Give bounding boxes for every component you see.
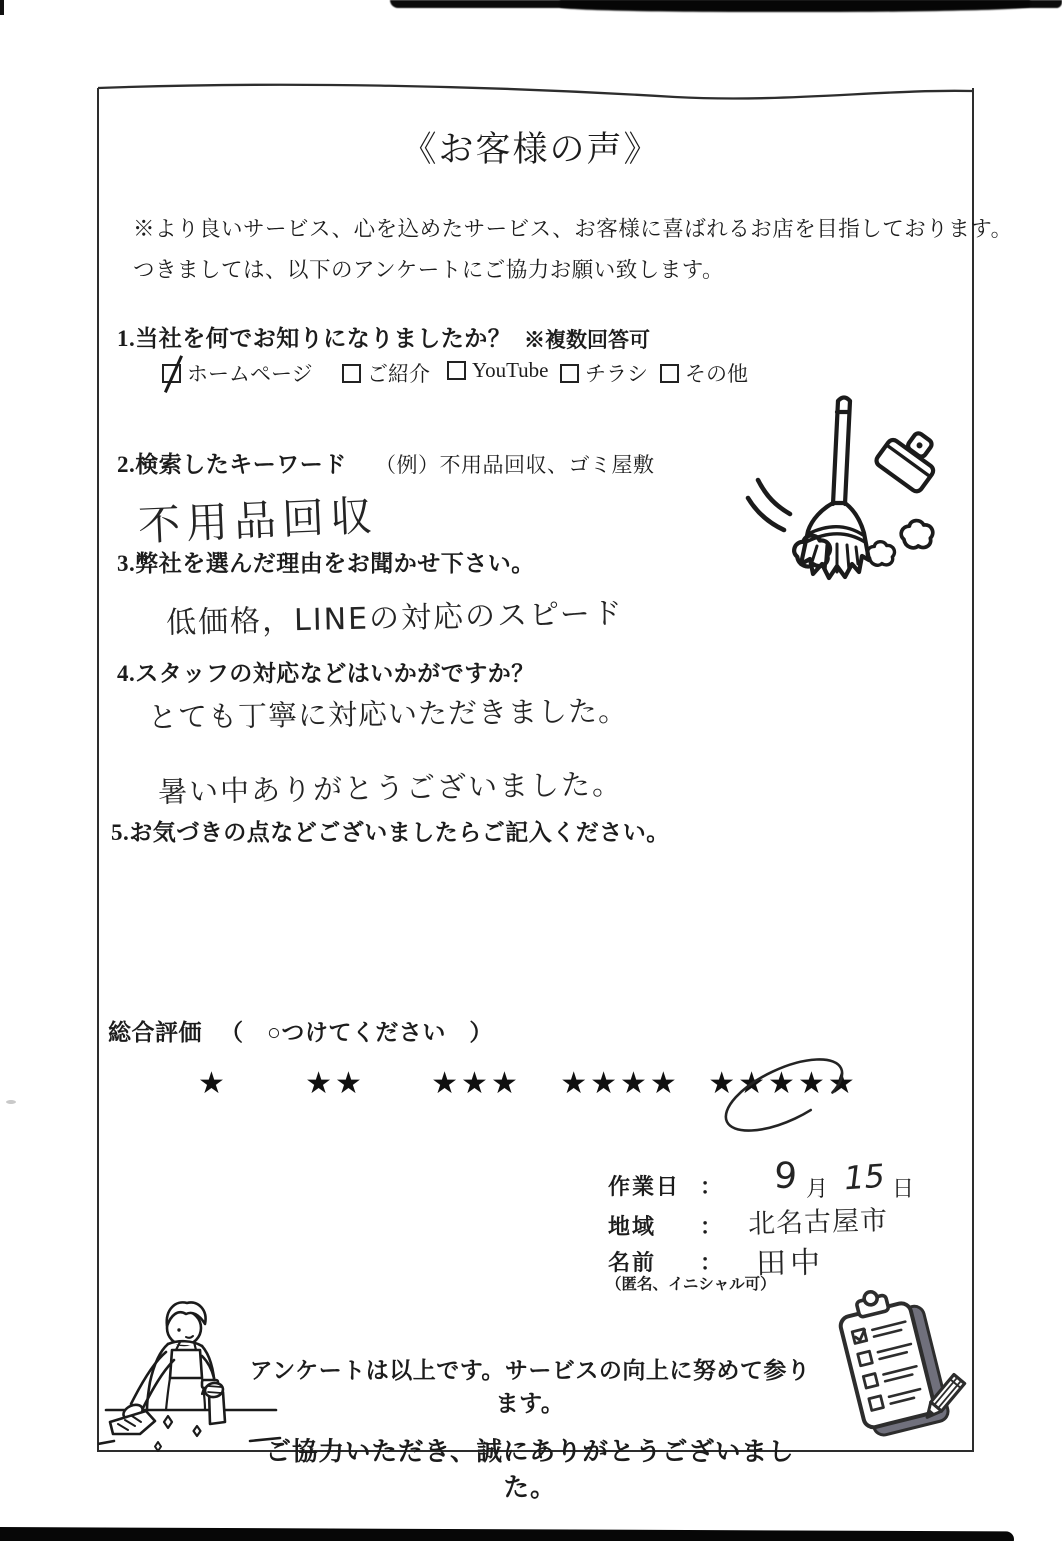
page-title: 《お客様の声》 bbox=[0, 122, 1062, 172]
handwritten-answer-q4-line-2: 暑い中ありがとうございました。 bbox=[158, 762, 624, 811]
question-1-heading: 1.当社を何でお知りになりましたか？ bbox=[117, 320, 511, 353]
survey-option-homepage: ホームページ bbox=[162, 358, 313, 388]
broom-and-dustpan-icon bbox=[740, 388, 980, 586]
scanned-survey-page: 《お客様の声》 ※より良いサービス、心を込めたサービス、お客様に喜ばれるお店を目… bbox=[0, 0, 1062, 1541]
handwritten-answer-q4-line-1: とても丁寧に対応いただきました。 bbox=[148, 689, 629, 737]
region-colon: ： bbox=[700, 1210, 724, 1241]
intro-line-2: つきましては、以下のアンケートにご協力お願い致します。 bbox=[133, 253, 724, 284]
option-label: ホームページ bbox=[187, 358, 313, 388]
handwritten-check-mark bbox=[164, 355, 183, 393]
question-2-heading: 2.検索したキーワード （例）不用品回収、ゴミ屋敷 bbox=[117, 446, 655, 479]
rating-option-4-stars: ★★★★ bbox=[560, 1066, 680, 1101]
footer-line-1: アンケートは以上です。サービスの向上に努めて参ります。 bbox=[240, 1352, 820, 1418]
rating-instruction: （ ○つけてください ） bbox=[220, 1020, 493, 1045]
question-4-heading: 4.スタッフの対応などはいかがですか？ bbox=[117, 655, 535, 688]
scan-band-bottom bbox=[0, 1527, 1014, 1541]
checkbox-homepage-checked-icon bbox=[162, 364, 181, 383]
handwritten-month-value: 9 bbox=[773, 1155, 799, 1197]
question-1-multi-answer-note: ※複数回答可 bbox=[524, 324, 650, 354]
overall-rating-row: 総合評価 （ ○つけてください ） bbox=[108, 1014, 493, 1047]
clipboard-checklist-icon bbox=[828, 1290, 993, 1455]
anonymous-note: （匿名、イニシャル可） bbox=[606, 1272, 776, 1294]
question-3-heading: 3.弊社を選んだ理由をお聞かせ下さい。 bbox=[117, 545, 535, 578]
month-unit: 月 bbox=[806, 1172, 830, 1203]
option-label: チラシ bbox=[585, 358, 648, 388]
work-date-colon: ： bbox=[700, 1170, 724, 1201]
handwritten-day-value: 15 bbox=[843, 1157, 886, 1198]
checkbox-youtube-icon bbox=[447, 361, 466, 380]
handwritten-selection-circle bbox=[700, 1038, 880, 1154]
day-unit: 日 bbox=[892, 1172, 916, 1203]
checkbox-flyer-icon bbox=[560, 364, 579, 383]
footer-line-2: ご協力いただき、誠にありがとうございました。 bbox=[240, 1432, 820, 1504]
region-label: 地域 bbox=[608, 1210, 656, 1241]
work-date-label: 作業日 bbox=[608, 1170, 680, 1201]
intro-line-1: ※より良いサービス、心を込めたサービス、お客様に喜ばれるお店を目指しております。 bbox=[133, 212, 1013, 243]
scan-margin-smudge bbox=[6, 1100, 16, 1104]
survey-option-other: その他 bbox=[660, 358, 748, 388]
option-label: ご紹介 bbox=[367, 358, 430, 388]
form-border-top-edge bbox=[95, 78, 975, 104]
rating-label: 総合評価 bbox=[108, 1020, 202, 1045]
scan-corner-mark bbox=[0, 0, 4, 15]
handwritten-answer-q2: 不用品回収 bbox=[137, 483, 379, 553]
survey-option-referral: ご紹介 bbox=[342, 358, 430, 388]
question-5-heading: 5.お気づきの点などございましたらご記入ください。 bbox=[111, 814, 670, 847]
question-2-example: （例）不用品回収、ゴミ屋敷 bbox=[375, 453, 655, 477]
footer-message: アンケートは以上です。サービスの向上に努めて参ります。 ご協力いただき、誠にあり… bbox=[240, 1352, 820, 1504]
checkbox-other-icon bbox=[660, 364, 679, 383]
question-2-text: 2.検索したキーワード bbox=[117, 452, 347, 477]
scan-smudge-top-blob bbox=[560, 0, 1030, 12]
rating-option-1-star: ★ bbox=[198, 1066, 228, 1101]
option-label: その他 bbox=[685, 358, 748, 388]
survey-option-youtube: YouTube bbox=[447, 358, 548, 383]
person-cleaning-icon bbox=[98, 1298, 283, 1470]
rating-option-2-stars: ★★ bbox=[305, 1066, 365, 1101]
checkbox-referral-icon bbox=[342, 364, 361, 383]
handwritten-region-value: 北名古屋市 bbox=[748, 1198, 889, 1241]
option-label: YouTube bbox=[472, 358, 548, 383]
survey-option-flyer: チラシ bbox=[560, 358, 648, 388]
rating-option-3-stars: ★★★ bbox=[431, 1066, 521, 1101]
